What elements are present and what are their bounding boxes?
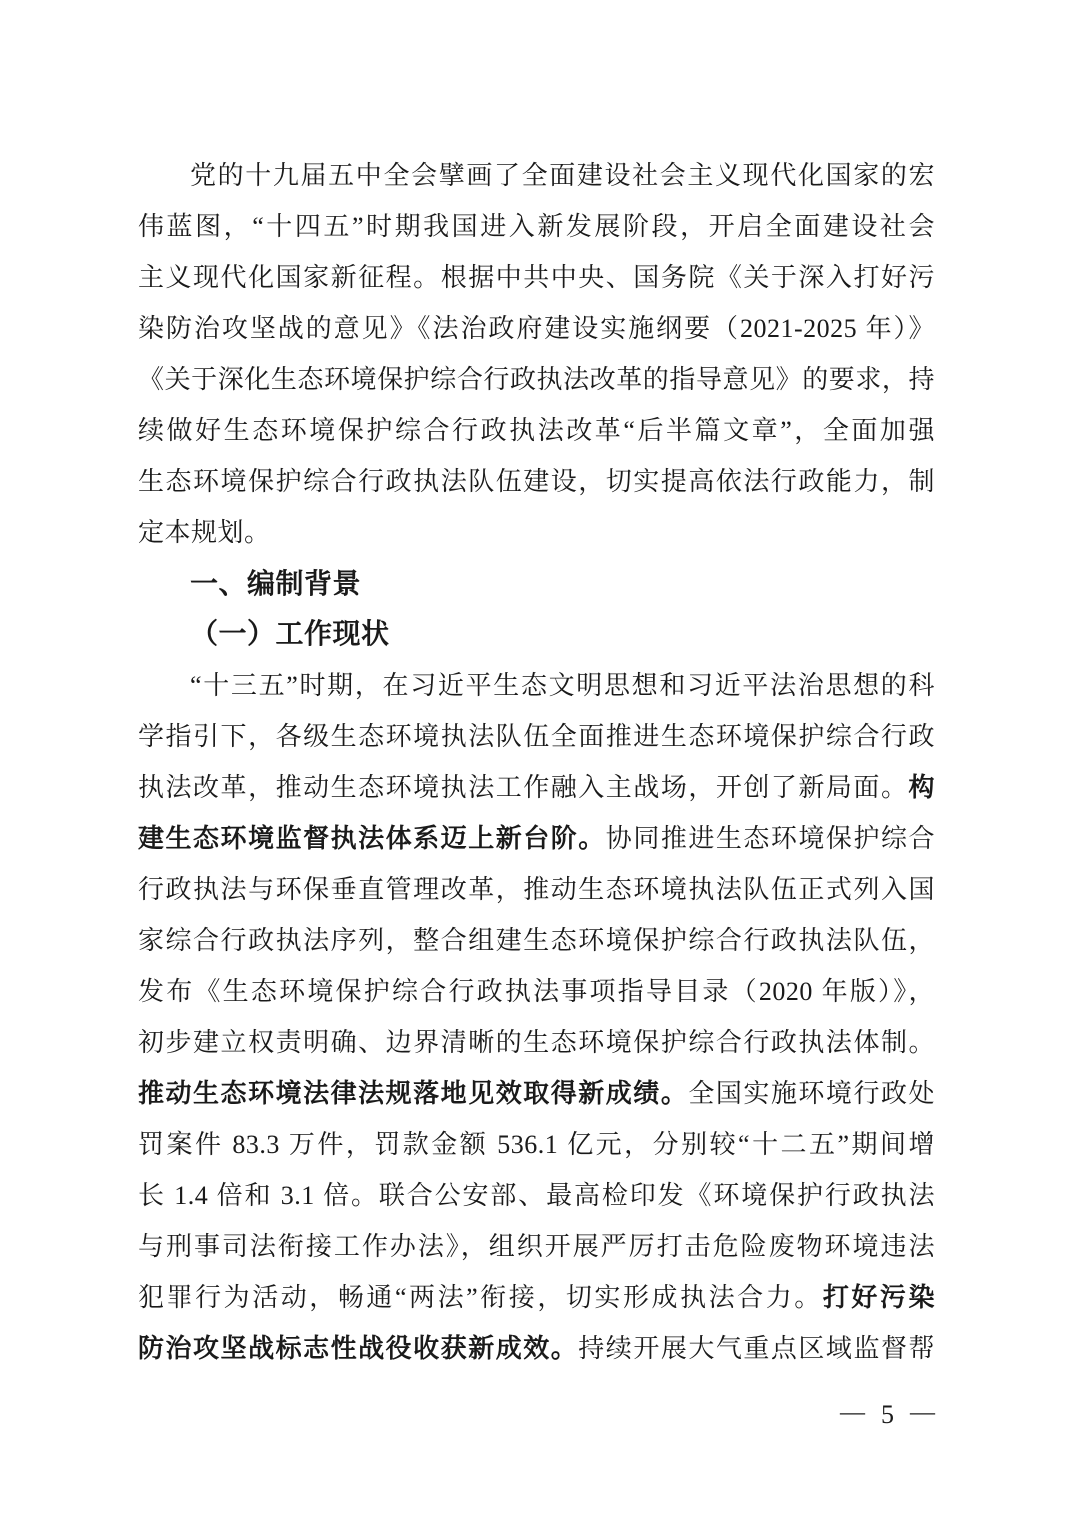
bold-text-segment: （一）工作现状	[190, 619, 390, 650]
bold-text-segment: 防治攻坚战标志性战役收获新成效。	[138, 1334, 578, 1363]
text-line: 生态环境保护综合行政执法队伍建设，切实提高依法行政能力，制	[138, 456, 935, 507]
text-segment: 长 1.4 倍和 3.1 倍。联合公安部、最高检印发《环境保护行政执法	[138, 1181, 935, 1210]
document-body: 党的十九届五中全会擘画了全面建设社会主义现代化国家的宏伟蓝图，“十四五”时期我国…	[138, 150, 935, 1374]
text-line: 续做好生态环境保护综合行政执法改革“后半篇文章”，全面加强	[138, 405, 935, 456]
text-line: 伟蓝图，“十四五”时期我国进入新发展阶段，开启全面建设社会	[138, 201, 935, 252]
page-footer: — 5 —	[840, 1398, 935, 1432]
text-line: 《关于深化生态环境保护综合行政执法改革的指导意见》的要求，持	[138, 354, 935, 405]
text-segment: 全国实施环境行政处	[688, 1079, 935, 1108]
text-segment: 党的十九届五中全会擘画了全面建设社会主义现代化国家的宏	[190, 161, 935, 190]
text-line: 建生态环境监督执法体系迈上新台阶。协同推进生态环境保护综合	[138, 813, 935, 864]
text-segment: 家综合行政执法序列，整合组建生态环境保护综合行政执法队伍，	[138, 926, 935, 955]
text-segment: 生态环境保护综合行政执法队伍建设，切实提高依法行政能力，制	[138, 467, 935, 496]
document-page: 党的十九届五中全会擘画了全面建设社会主义现代化国家的宏伟蓝图，“十四五”时期我国…	[0, 0, 1074, 1520]
text-line: 染防治攻坚战的意见》《法治政府建设实施纲要（2021-2025 年）》	[138, 303, 935, 354]
text-segment: 定本规划。	[138, 518, 271, 547]
text-segment: 初步建立权责明确、边界清晰的生态环境保护综合行政执法体制。	[138, 1028, 935, 1057]
text-line: 推动生态环境法律法规落地见效取得新成绩。全国实施环境行政处	[138, 1068, 935, 1119]
text-segment: 与刑事司法衔接工作办法》，组织开展严厉打击危险废物环境违法	[138, 1232, 935, 1261]
bold-text-segment: 构	[908, 773, 935, 802]
footer-dash-left: —	[840, 1396, 865, 1430]
page-number: 5	[881, 1398, 894, 1432]
text-line: 行政执法与环保垂直管理改革，推动生态环境执法队伍正式列入国	[138, 864, 935, 915]
text-segment: 罚案件 83.3 万件，罚款金额 536.1 亿元，分别较“十二五”期间增	[138, 1130, 935, 1159]
text-line: 定本规划。	[138, 507, 935, 558]
bold-text-segment: 一、编制背景	[190, 568, 361, 599]
text-line: 罚案件 83.3 万件，罚款金额 536.1 亿元，分别较“十二五”期间增	[138, 1119, 935, 1170]
subsection-heading: （一）工作现状	[138, 609, 935, 660]
text-line: 家综合行政执法序列，整合组建生态环境保护综合行政执法队伍，	[138, 915, 935, 966]
text-segment: 发布《生态环境保护综合行政执法事项指导目录（2020 年版）》，	[138, 977, 935, 1006]
text-segment: 持续开展大气重点区域监督帮	[578, 1334, 935, 1363]
text-segment: “十三五”时期，在习近平生态文明思想和习近平法治思想的科	[190, 671, 935, 700]
bold-text-segment: 建生态环境监督执法体系迈上新台阶。	[138, 824, 606, 853]
text-segment: 协同推进生态环境保护综合	[606, 824, 935, 853]
bold-text-segment: 打好污染	[823, 1283, 935, 1312]
text-segment: 染防治攻坚战的意见》《法治政府建设实施纲要（2021-2025 年）》	[138, 314, 935, 343]
text-segment: 执法改革，推动生态环境执法工作融入主战场，开创了新局面。	[138, 773, 908, 802]
footer-dash-right: —	[910, 1396, 935, 1430]
text-segment: 行政执法与环保垂直管理改革，推动生态环境执法队伍正式列入国	[138, 875, 935, 904]
text-segment: 续做好生态环境保护综合行政执法改革“后半篇文章”，全面加强	[138, 416, 935, 445]
bold-text-segment: 推动生态环境法律法规落地见效取得新成绩。	[138, 1079, 688, 1108]
section-heading: 一、编制背景	[138, 558, 935, 609]
text-line: 初步建立权责明确、边界清晰的生态环境保护综合行政执法体制。	[138, 1017, 935, 1068]
text-line: 学指引下，各级生态环境执法队伍全面推进生态环境保护综合行政	[138, 711, 935, 762]
text-segment: 《关于深化生态环境保护综合行政执法改革的指导意见》的要求，持	[138, 365, 935, 394]
text-line: 执法改革，推动生态环境执法工作融入主战场，开创了新局面。构	[138, 762, 935, 813]
text-segment: 主义现代化国家新征程。根据中共中央、国务院《关于深入打好污	[138, 263, 935, 292]
text-segment: 犯罪行为活动，畅通“两法”衔接，切实形成执法合力。	[138, 1283, 823, 1312]
text-line: 长 1.4 倍和 3.1 倍。联合公安部、最高检印发《环境保护行政执法	[138, 1170, 935, 1221]
text-line: “十三五”时期，在习近平生态文明思想和习近平法治思想的科	[138, 660, 935, 711]
text-segment: 伟蓝图，“十四五”时期我国进入新发展阶段，开启全面建设社会	[138, 212, 935, 241]
text-line: 党的十九届五中全会擘画了全面建设社会主义现代化国家的宏	[138, 150, 935, 201]
text-segment: 学指引下，各级生态环境执法队伍全面推进生态环境保护综合行政	[138, 722, 935, 751]
text-line: 与刑事司法衔接工作办法》，组织开展严厉打击危险废物环境违法	[138, 1221, 935, 1272]
text-line: 发布《生态环境保护综合行政执法事项指导目录（2020 年版）》，	[138, 966, 935, 1017]
text-line: 主义现代化国家新征程。根据中共中央、国务院《关于深入打好污	[138, 252, 935, 303]
text-line: 犯罪行为活动，畅通“两法”衔接，切实形成执法合力。打好污染	[138, 1272, 935, 1323]
text-line: 防治攻坚战标志性战役收获新成效。持续开展大气重点区域监督帮	[138, 1323, 935, 1374]
